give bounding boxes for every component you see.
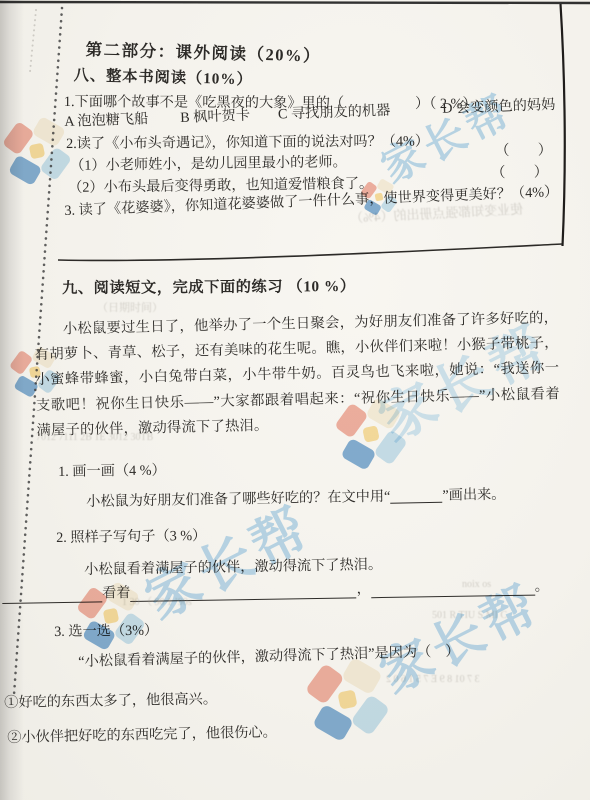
- ink-bleed-text: 3 7 01 8 9 E 7 5 1 6 0 2: [386, 674, 480, 685]
- exercise1-text-pre: 小松鼠为好朋友们准备了哪些好吃的？在文中用“: [86, 489, 390, 510]
- ink-bleed-text: 1 30 （ 90 1 ’90s: [122, 593, 192, 608]
- statement1-text: （1）小老师姓小，是幼儿园里最小的老师。: [70, 154, 347, 174]
- underline-blank: [2, 584, 102, 604]
- option-d: D 会变颜色的妈妈: [442, 94, 556, 118]
- exercise1-text-post: ”画出来。: [442, 487, 505, 504]
- exercise3-title: 3. 选一选（3%）: [54, 620, 158, 641]
- section8-title: 八、整本书阅读（10%）: [73, 64, 253, 89]
- exercise2-answer-line: 看着 ， 。: [2, 575, 580, 604]
- exercise1-body: 小松鼠为好朋友们准备了哪些好吃的？在文中用“”画出来。: [86, 484, 506, 511]
- exercise3-option2: ②小伙伴把好吃的东西吃完了，他很伤心。: [7, 721, 277, 747]
- ink-bleed-text: 501 R TIU S MI C: [432, 610, 507, 621]
- jzb-logo-icon: [300, 652, 395, 747]
- underline-blank: [371, 578, 535, 599]
- exercise2-example: 小松鼠看着满屋子的伙伴，激动得流下了热泪。: [84, 554, 382, 579]
- page-top-border: [0, 2, 590, 3]
- reading-passage: 小松鼠要过生日了，他举办了一个生日聚会，为好朋友们准备了许多好吃的，有胡萝卜、青…: [34, 306, 561, 444]
- scanned-exam-page: 第二部分：课外阅读（20%） 八、整本书阅读（10%） 1.下面哪个故事不是《吃…: [0, 0, 590, 800]
- underline-blank: [390, 487, 442, 504]
- perforation-dotted-line-faint: [30, 10, 36, 72]
- exercise3-option1: ①好吃的东西太多了，他很高兴。: [4, 688, 217, 712]
- section-divider-line: [58, 244, 562, 260]
- exercise2-title: 2. 照样子写句子（3 %）: [56, 525, 206, 547]
- page-right-border: [561, 4, 565, 246]
- exercise1-title: 1. 画一画（4 %）: [58, 459, 166, 481]
- section8-question2: 2.读了《小布头奇遇记》，你知道下面的说法对吗？（4%）: [66, 130, 429, 153]
- exercise3-body: “小松鼠看着满屋子的伙伴，激动得流下了热泪”是因为（ ）: [78, 640, 460, 671]
- scan-left-edge-shadow: [0, 0, 24, 800]
- answer-paren-blank: （ ）: [495, 139, 552, 160]
- option-c: C 寻找朋友的机器: [278, 100, 391, 124]
- section9-title: 九、阅读短文，完成下面的练习 （10 %）: [62, 275, 356, 298]
- option-a: A 泡泡糖飞船: [64, 108, 149, 131]
- part2-heading: 第二部分：课外阅读（20%）: [85, 36, 321, 67]
- ink-bleed-text: noix os: [462, 579, 491, 590]
- ink-bleed-text: （日期时间）: [97, 299, 163, 315]
- answer-line-period: 。: [535, 575, 550, 595]
- answer-line-comma: ，: [356, 578, 371, 598]
- option-b: B 枫叶贺卡: [180, 105, 250, 127]
- ink-bleed-text: 7012 7111 2B 1E 3012 30TB: [36, 432, 153, 443]
- answer-paren-blank: （ ）: [491, 161, 548, 182]
